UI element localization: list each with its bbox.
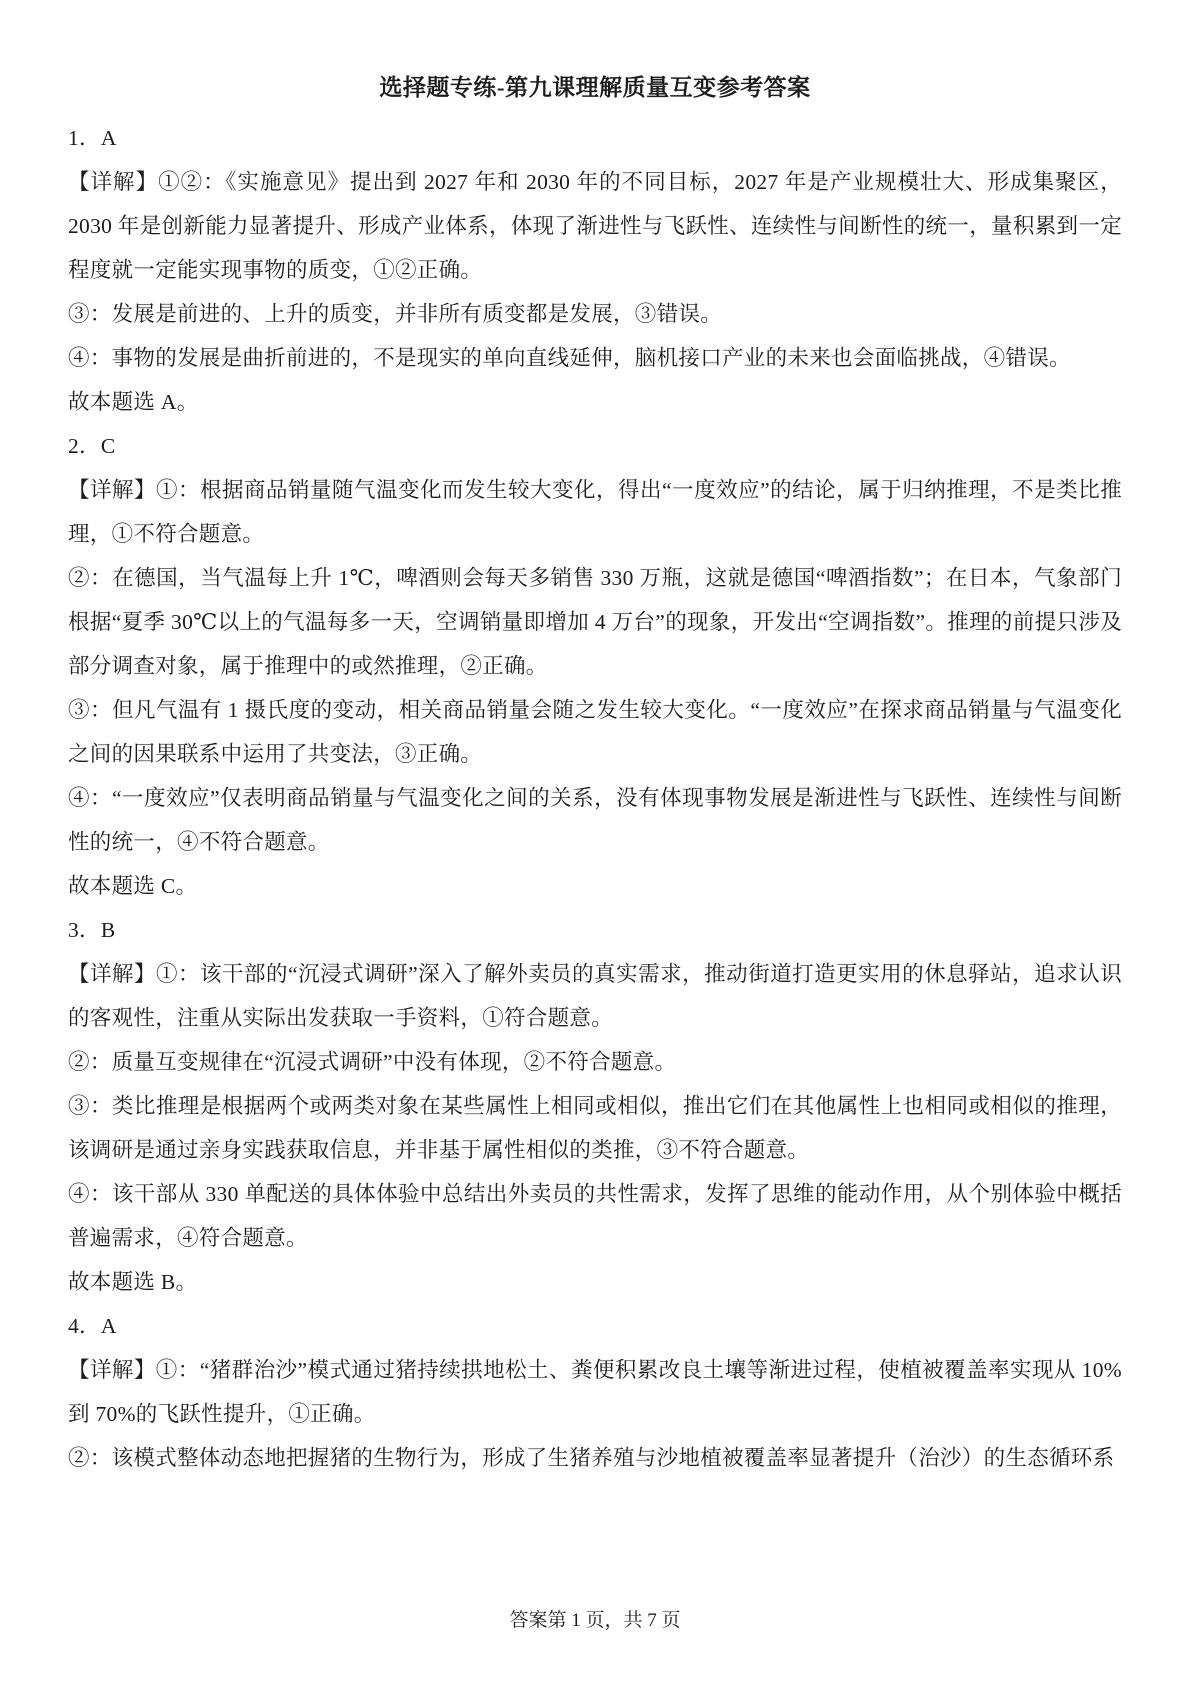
answer-paragraph: 【详解】①：该干部的“沉浸式调研”深入了解外卖员的真实需求，推动街道打造更实用的… bbox=[68, 952, 1122, 1040]
answer-paragraph: ③：但凡气温有 1 摄氏度的变动，相关商品销量会随之发生较大变化。“一度效应”在… bbox=[68, 688, 1122, 776]
answer-number: 3．B bbox=[68, 908, 1122, 952]
page-title: 选择题专练-第九课理解质量互变参考答案 bbox=[68, 0, 1122, 104]
document-content: 选择题专练-第九课理解质量互变参考答案 1．A 【详解】①②：《实施意见》提出到… bbox=[0, 0, 1190, 1480]
answer-paragraph: ③：类比推理是根据两个或两类对象在某些属性上相同或相似，推出它们在其他属性上也相… bbox=[68, 1084, 1122, 1172]
document-page: 选择题专练-第九课理解质量互变参考答案 1．A 【详解】①②：《实施意见》提出到… bbox=[0, 0, 1190, 1682]
answer-number: 2．C bbox=[68, 424, 1122, 468]
answer-number: 1．A bbox=[68, 116, 1122, 160]
answer-paragraph: 【详解】①：根据商品销量随气温变化而发生较大变化，得出“一度效应”的结论，属于归… bbox=[68, 468, 1122, 556]
answer-conclusion: 故本题选 B。 bbox=[68, 1260, 1122, 1304]
answer-block-1: 1．A 【详解】①②：《实施意见》提出到 2027 年和 2030 年的不同目标… bbox=[68, 116, 1122, 424]
answer-paragraph: ③：发展是前进的、上升的质变，并非所有质变都是发展，③错误。 bbox=[68, 292, 1122, 336]
answer-conclusion: 故本题选 C。 bbox=[68, 864, 1122, 908]
answer-paragraph: ④：该干部从 330 单配送的具体体验中总结出外卖员的共性需求，发挥了思维的能动… bbox=[68, 1172, 1122, 1260]
answer-paragraph: ②：质量互变规律在“沉浸式调研”中没有体现，②不符合题意。 bbox=[68, 1040, 1122, 1084]
answer-paragraph: ②：该模式整体动态地把握猪的生物行为，形成了生猪养殖与沙地植被覆盖率显著提升（治… bbox=[68, 1436, 1122, 1480]
answer-number: 4．A bbox=[68, 1304, 1122, 1348]
answer-paragraph: ②：在德国，当气温每上升 1℃，啤酒则会每天多销售 330 万瓶，这就是德国“啤… bbox=[68, 556, 1122, 688]
answer-block-3: 3．B 【详解】①：该干部的“沉浸式调研”深入了解外卖员的真实需求，推动街道打造… bbox=[68, 908, 1122, 1304]
page-footer: 答案第 1 页，共 7 页 bbox=[0, 1608, 1190, 1634]
answer-paragraph: ④：“一度效应”仅表明商品销量与气温变化之间的关系，没有体现事物发展是渐进性与飞… bbox=[68, 776, 1122, 864]
answer-block-4: 4．A 【详解】①：“猪群治沙”模式通过猪持续拱地松土、粪便积累改良土壤等渐进过… bbox=[68, 1304, 1122, 1480]
answer-block-2: 2．C 【详解】①：根据商品销量随气温变化而发生较大变化，得出“一度效应”的结论… bbox=[68, 424, 1122, 908]
answer-paragraph: ④：事物的发展是曲折前进的，不是现实的单向直线延伸，脑机接口产业的未来也会面临挑… bbox=[68, 336, 1122, 380]
answer-paragraph: 【详解】①：“猪群治沙”模式通过猪持续拱地松土、粪便积累改良土壤等渐进过程，使植… bbox=[68, 1348, 1122, 1436]
answer-paragraph: 【详解】①②：《实施意见》提出到 2027 年和 2030 年的不同目标，202… bbox=[68, 160, 1122, 292]
answer-conclusion: 故本题选 A。 bbox=[68, 380, 1122, 424]
